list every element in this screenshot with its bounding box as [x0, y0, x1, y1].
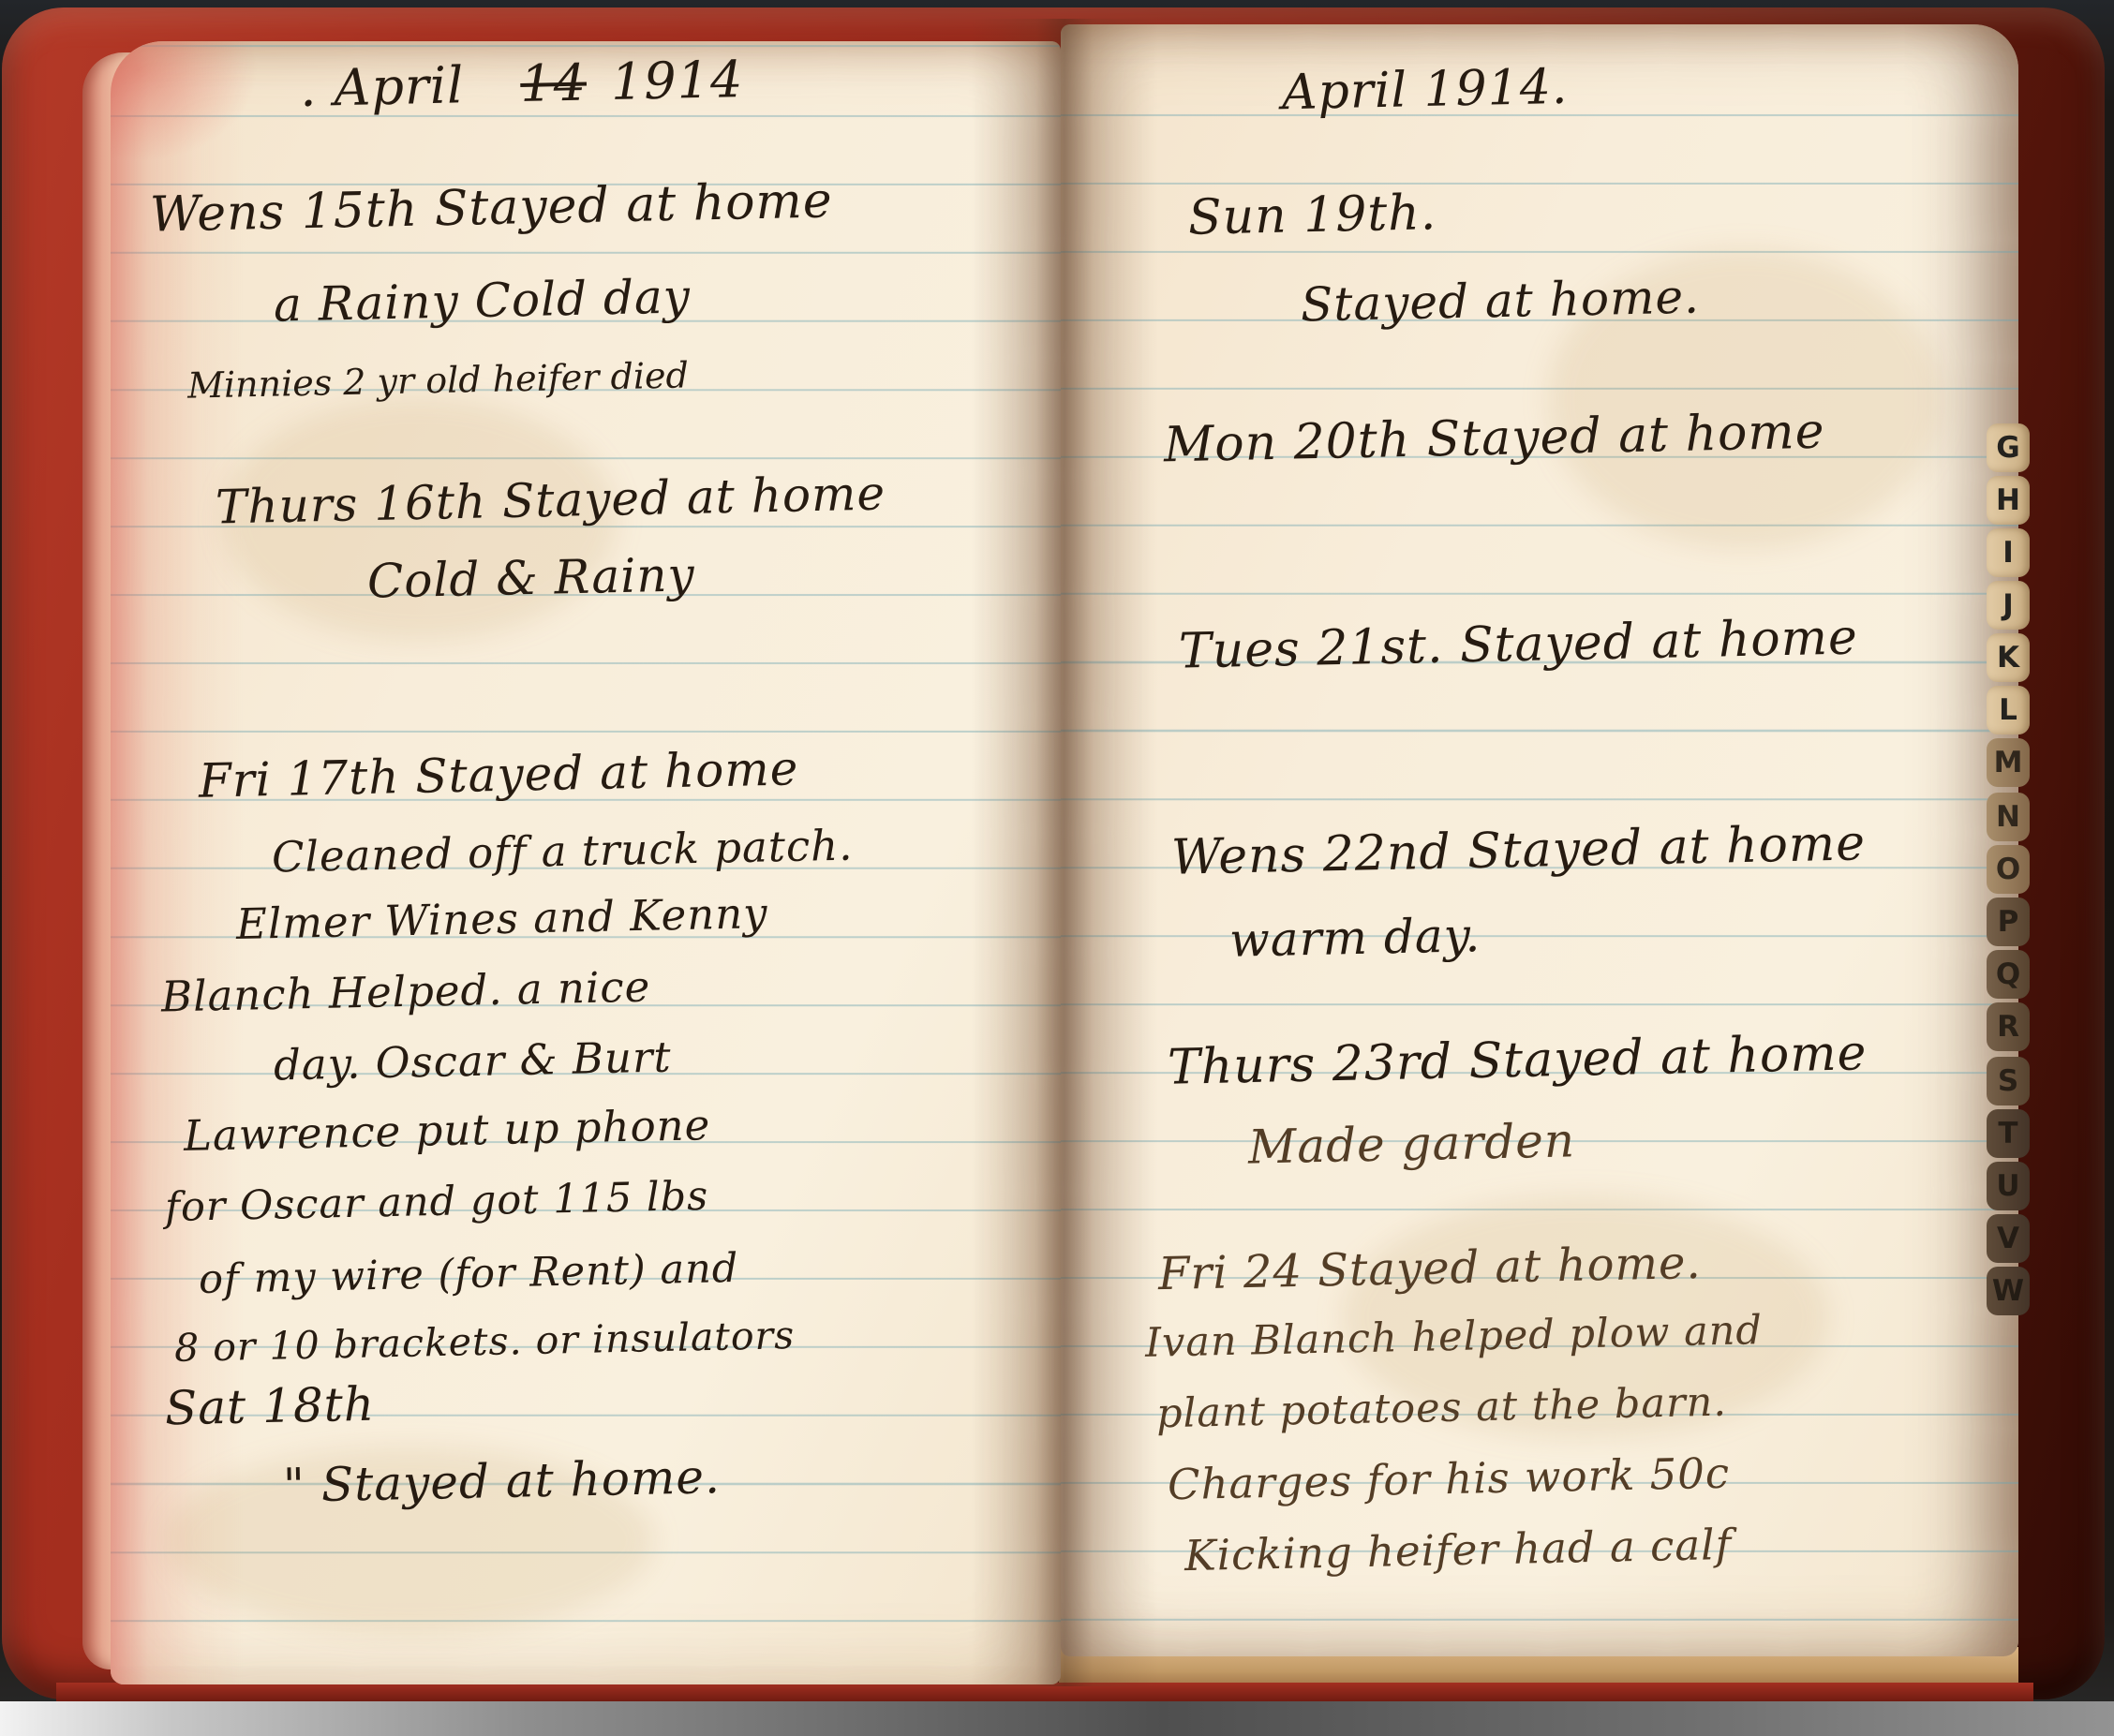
index-tab-letter: I — [2002, 536, 2014, 570]
index-tab-letter: P — [1998, 905, 2019, 939]
index-tab-g: G — [1987, 423, 2030, 472]
index-tab-r: R — [1987, 1002, 2030, 1051]
index-tab-l: L — [1987, 686, 2030, 734]
index-tab-letter: H — [1996, 483, 2020, 517]
index-tab-letter: T — [1998, 1117, 2017, 1150]
header-year: 1914 — [610, 50, 744, 111]
index-tab-letter: S — [1998, 1064, 2018, 1098]
handwriting-line: Cold & Rainy — [366, 547, 695, 608]
index-tab-letter: L — [1999, 693, 2017, 727]
index-tab-j: J — [1987, 581, 2030, 630]
right-page-header: April 1914. — [1281, 59, 1569, 121]
index-tab-m: M — [1987, 738, 2030, 787]
index-tab-u: U — [1987, 1162, 2030, 1210]
index-tab-letter: Q — [1996, 957, 2020, 991]
index-tab-letter: U — [1996, 1169, 2019, 1203]
scan-background-band — [0, 1701, 2114, 1736]
book-gutter-shadow — [971, 19, 1158, 1686]
index-tab-v: V — [1987, 1214, 2030, 1263]
index-tab-t: T — [1987, 1109, 2030, 1158]
index-tab-k: K — [1987, 633, 2030, 682]
index-tab-letter: V — [1997, 1222, 2019, 1255]
header-month: . April — [299, 55, 465, 118]
index-tab-o: O — [1987, 845, 2030, 894]
index-tab-s: S — [1987, 1057, 2030, 1105]
index-tab-w: W — [1987, 1267, 2030, 1315]
index-tab-n: N — [1987, 793, 2030, 841]
index-tab-letter: J — [2002, 588, 2014, 622]
handwriting-line: Sun 19th. — [1187, 185, 1437, 246]
index-tab-letter: M — [1994, 746, 2023, 779]
index-tab-letter: K — [1997, 641, 2019, 675]
index-tab-p: P — [1987, 898, 2030, 946]
header-crossed-day: 14 — [520, 53, 588, 113]
left-page-header: . April141914 — [299, 50, 744, 118]
index-tab-letter: O — [1996, 853, 2020, 886]
index-tab-h: H — [1987, 476, 2030, 525]
handwriting-line: " Stayed at home. — [282, 1449, 721, 1513]
index-tab-letter: R — [1997, 1010, 2019, 1044]
index-tab-letter: G — [1996, 431, 2019, 465]
handwriting-line: Stayed at home. — [1300, 270, 1700, 333]
index-tab-letter: N — [1996, 800, 2020, 834]
handwriting-line: day. Oscar & Burt — [273, 1032, 672, 1091]
diary-scan: . April141914 Wens 15th Stayed at home a… — [0, 0, 2114, 1736]
handwriting-line: Sat 18th — [164, 1377, 375, 1436]
handwriting-line: a Rainy Cold day — [273, 269, 691, 332]
index-tab-letter: W — [1992, 1274, 2024, 1308]
index-tab-q: Q — [1987, 950, 2030, 999]
handwriting-line: Made garden — [1247, 1113, 1575, 1174]
index-tab-i: I — [1987, 528, 2030, 577]
handwriting-line: Blanch Helped. a nice — [161, 962, 651, 1022]
handwriting-line: warm day. — [1228, 908, 1481, 968]
